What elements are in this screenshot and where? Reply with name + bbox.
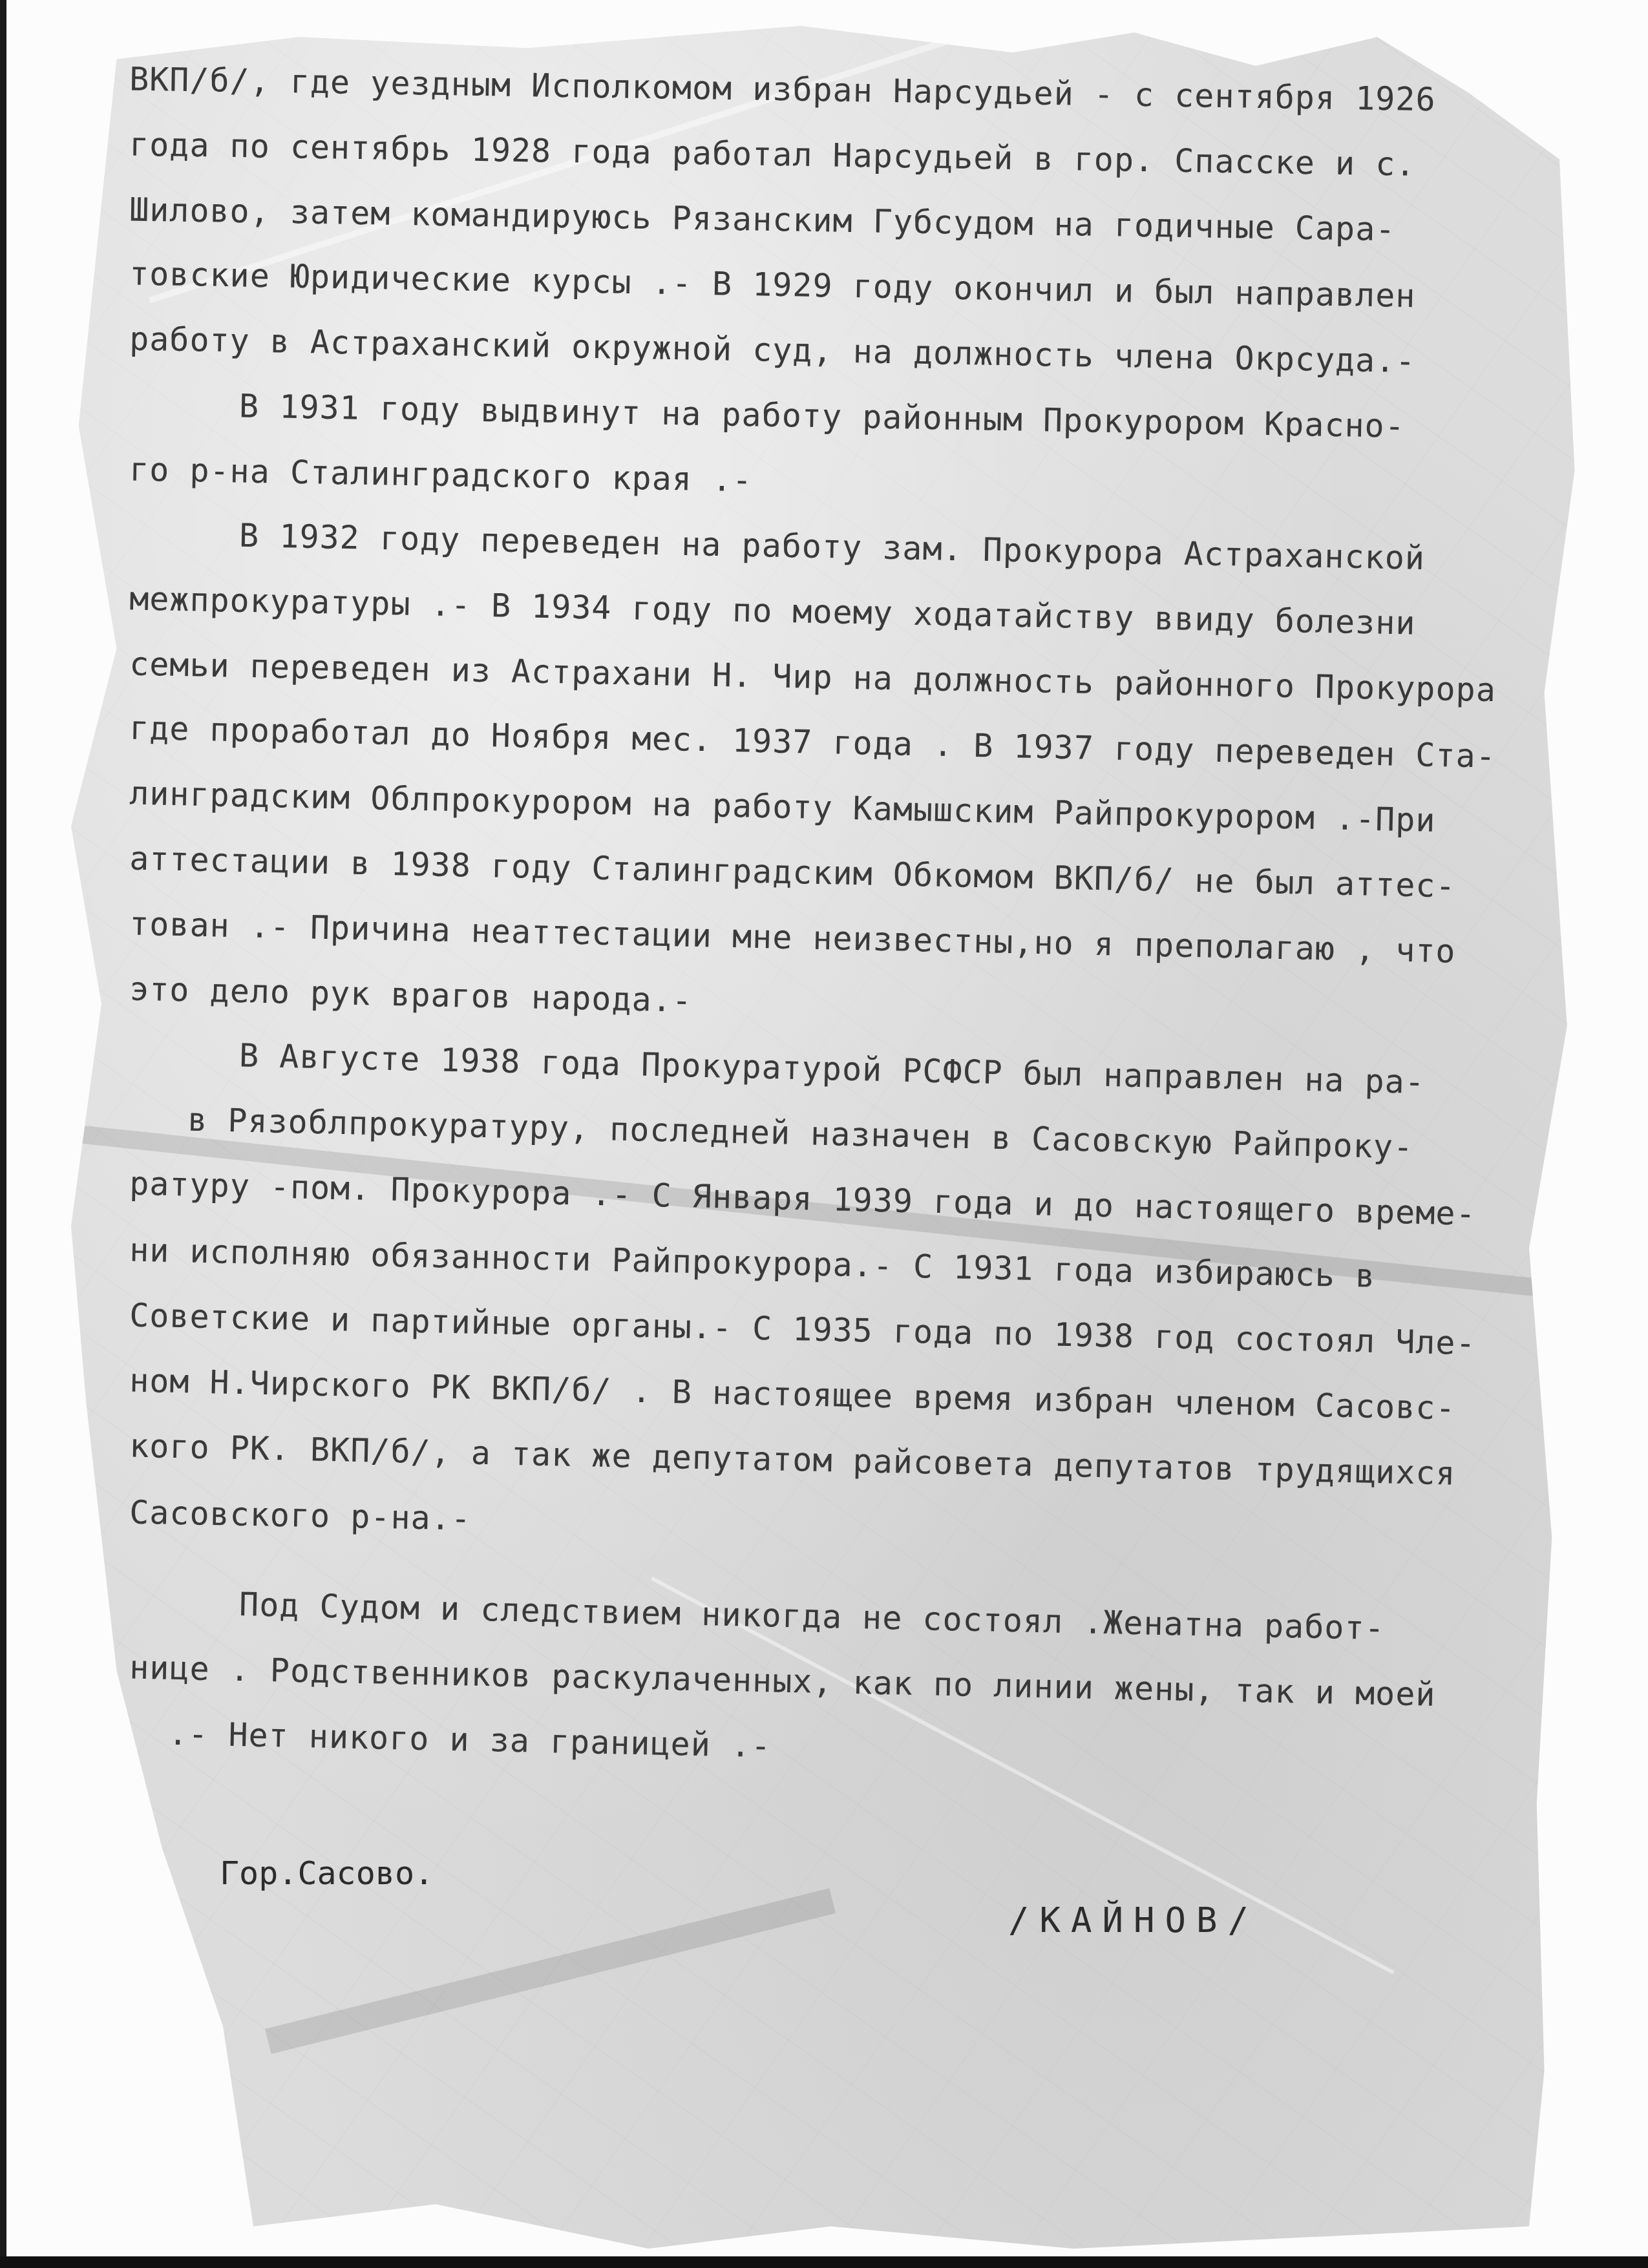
scan-edge-bottom: [0, 2256, 1648, 2268]
signature: /КАЙНОВ/: [1008, 1900, 1259, 1940]
typed-body: ВКП/б/, где уездным Исполкомом избран На…: [129, 58, 1577, 1781]
scan-edge-left: [0, 0, 6, 2268]
place-of-signing: Гор.Сасово.: [220, 1854, 434, 1892]
paper-crease: [265, 1888, 836, 2054]
